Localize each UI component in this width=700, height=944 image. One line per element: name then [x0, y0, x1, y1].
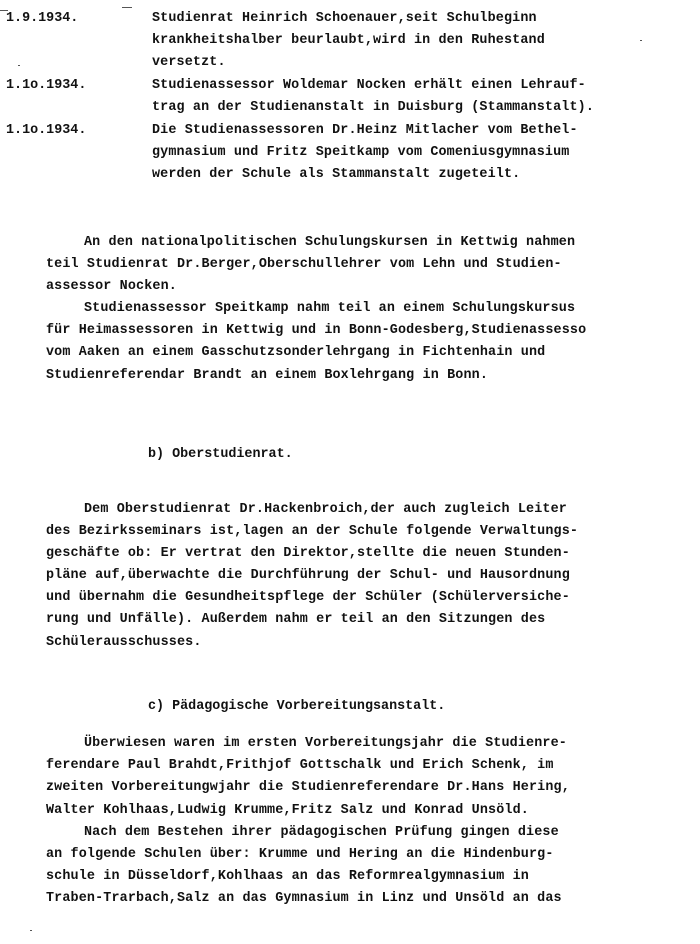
- section-heading: b) Oberstudienrat.: [148, 445, 293, 465]
- entry-text-line: Die Studienassessoren Dr.Heinz Mitlacher…: [152, 121, 578, 141]
- entry-text-line: Studienrat Heinrich Schoenauer,seit Schu…: [152, 9, 537, 29]
- paragraph-line: schule in Düsseldorf,Kohlhaas an das Ref…: [46, 867, 529, 887]
- paragraph-line: pläne auf,überwachte die Durchführung de…: [46, 566, 570, 586]
- scan-artifact: [18, 65, 20, 66]
- scan-artifact: [0, 10, 8, 11]
- paragraph-line: Studienassessor Speitkamp nahm teil an e…: [84, 299, 575, 319]
- paragraph-line: vom Aaken an einem Gasschutzsonderlehrga…: [46, 343, 545, 363]
- entry-date: 1.1o.1934.: [6, 121, 86, 141]
- paragraph-line: Traben-Trarbach,Salz an das Gymnasium in…: [46, 889, 562, 909]
- paragraph-line: Schülerausschusses.: [46, 633, 202, 653]
- paragraph-line: ferendare Paul Brahdt,Frithjof Gottschal…: [46, 756, 554, 776]
- paragraph-line: Nach dem Bestehen ihrer pädagogischen Pr…: [84, 823, 559, 843]
- paragraph-line: Überwiesen waren im ersten Vorbereitungs…: [84, 734, 567, 754]
- entry-text-line: Studienassessor Woldemar Nocken erhält e…: [152, 76, 586, 96]
- entry-text-line: gymnasium und Fritz Speitkamp vom Comeni…: [152, 143, 569, 163]
- paragraph-line: An den nationalpolitischen Schulungskurs…: [84, 233, 575, 253]
- paragraph-line: an folgende Schulen über: Krumme und Her…: [46, 845, 554, 865]
- entry-date: 1.9.1934.: [6, 9, 78, 29]
- entry-text-line: versetzt.: [152, 53, 226, 73]
- paragraph-line: Walter Kohlhaas,Ludwig Krumme,Fritz Salz…: [46, 801, 529, 821]
- paragraph-line: teil Studienrat Dr.Berger,Oberschullehre…: [46, 255, 562, 275]
- paragraph-line: für Heimassessoren in Kettwig und in Bon…: [46, 321, 586, 341]
- scan-artifact: [30, 930, 32, 931]
- paragraph-line: zweiten Vorbereitungwjahr die Studienref…: [46, 778, 570, 798]
- paragraph-line: Studienreferendar Brandt an einem Boxleh…: [46, 366, 488, 386]
- paragraph-line: geschäfte ob: Er vertrat den Direktor,st…: [46, 544, 570, 564]
- entry-text-line: krankheitshalber beurlaubt,wird in den R…: [152, 31, 545, 51]
- paragraph-line: des Bezirksseminars ist,lagen an der Sch…: [46, 522, 578, 542]
- paragraph-line: rung und Unfälle). Außerdem nahm er teil…: [46, 610, 545, 630]
- section-heading: c) Pädagogische Vorbereitungsanstalt.: [148, 697, 445, 717]
- paragraph-line: Dem Oberstudienrat Dr.Hackenbroich,der a…: [84, 500, 567, 520]
- entry-date: 1.1o.1934.: [6, 76, 86, 96]
- entry-text-line: werden der Schule als Stammanstalt zuget…: [152, 165, 520, 185]
- scan-artifact: [122, 7, 132, 8]
- paragraph-line: und übernahm die Gesundheitspflege der S…: [46, 588, 570, 608]
- entry-text-line: trag an der Studienanstalt in Duisburg (…: [152, 98, 594, 118]
- scan-artifact: [640, 40, 642, 41]
- paragraph-line: assessor Nocken.: [46, 277, 177, 297]
